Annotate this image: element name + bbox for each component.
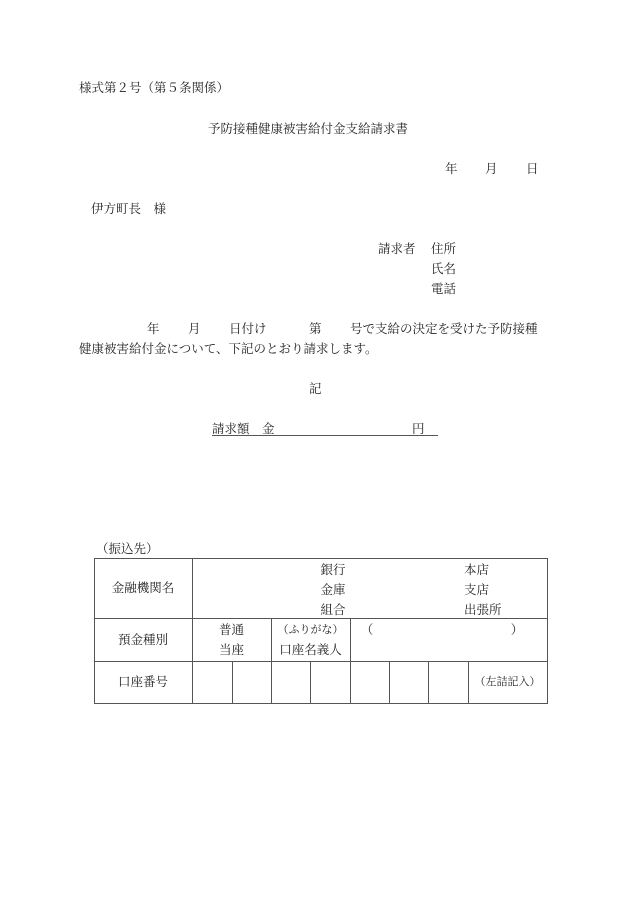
transfer-heading: （振込先）: [96, 541, 159, 557]
furigana-close-paren: ）: [510, 620, 524, 640]
institution-label: 金融機関名: [94, 578, 192, 598]
body-year: 年: [147, 321, 160, 337]
account-digit-6[interactable]: [390, 662, 428, 703]
institution-type-shinkin[interactable]: 金庫: [318, 580, 348, 600]
institution-type-kumiai[interactable]: 組合: [318, 600, 348, 620]
page-title: 予防接種健康被害給付金支給請求書: [208, 121, 408, 137]
table-border-right: [547, 558, 548, 704]
branch-type-main[interactable]: 本店: [464, 560, 494, 580]
date-month: 月: [485, 161, 498, 177]
left-align-note: （左詰記入）: [468, 672, 547, 692]
address-label: 住所: [431, 241, 456, 257]
body-month: 月: [188, 321, 201, 337]
account-digit-2[interactable]: [233, 662, 271, 703]
name-label: 氏名: [431, 261, 456, 277]
body-day: 日付け: [229, 321, 267, 337]
account-holder-label: 口座名義人: [271, 640, 350, 660]
table-border-bottom: [94, 703, 548, 704]
date-day: 日: [526, 161, 539, 177]
branch-type-branch[interactable]: 支店: [464, 580, 494, 600]
date-year: 年: [445, 161, 458, 177]
body-dai: 第: [309, 321, 322, 337]
table-border-top: [94, 558, 548, 559]
body-line2: 健康被害給付金について、下記のとおり請求します。: [79, 341, 378, 357]
ki-heading: 記: [309, 381, 322, 397]
account-digit-1[interactable]: [193, 662, 232, 703]
deposit-option-ordinary[interactable]: 普通: [192, 620, 271, 640]
body-line1-rest: 号で支給の決定を受けた予防接種: [350, 321, 538, 337]
furigana-open-paren: （: [360, 620, 374, 640]
amount-underline: [212, 435, 438, 436]
account-holder-input[interactable]: [352, 641, 545, 660]
form-number: 様式第２号（第５条関係）: [79, 80, 229, 96]
account-digit-7[interactable]: [429, 662, 468, 703]
claimant-label: 請求者: [378, 241, 416, 257]
deposit-type-label: 預金種別: [94, 630, 192, 650]
account-digit-5[interactable]: [351, 662, 389, 703]
addressee: 伊方町長 様: [91, 201, 166, 217]
branch-type-office[interactable]: 出張所: [464, 600, 514, 620]
deposit-option-current[interactable]: 当座: [192, 640, 271, 660]
institution-type-bank[interactable]: 銀行: [318, 560, 348, 580]
furigana-input[interactable]: [378, 620, 508, 640]
account-digit-3[interactable]: [272, 662, 310, 703]
furigana-label: （ふりがな）: [271, 620, 350, 640]
phone-label: 電話: [431, 281, 456, 297]
account-number-label: 口座番号: [94, 672, 192, 692]
account-digit-4[interactable]: [311, 662, 350, 703]
